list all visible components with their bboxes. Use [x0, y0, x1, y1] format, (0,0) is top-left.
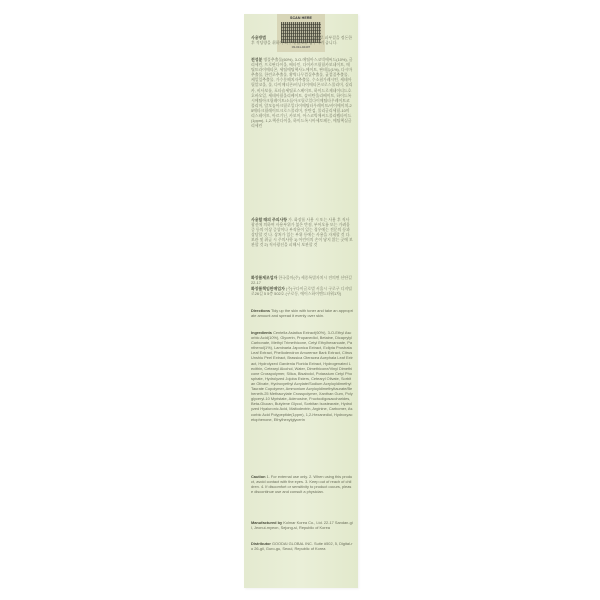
- manufacturer-section: Manufactured by Kolmar Korea Co., Ltd. 2…: [251, 520, 353, 530]
- directions-section: Directions Tidy up the skin with toner a…: [251, 308, 353, 318]
- qr-serial-number: 03-011-04407: [277, 45, 325, 49]
- usage-ko-text: 토너로 피부결을 정돈한 후 적당량을 취하여 피부에 골고루 흡수시켜 줍니다…: [251, 35, 352, 45]
- ingredients-text: Centella Asiatica Extract(60%), 3-O-Ethy…: [251, 330, 353, 422]
- caution-section: Caution 1. For external use only. 2. Whe…: [251, 474, 353, 494]
- usage-ko-section: 사용방법 토너로 피부결을 정돈한 후 적당량을 취하여 피부에 골고루 흡수시…: [251, 35, 353, 45]
- qr-code-panel: SCAN HERE 03-011-04407: [277, 14, 325, 52]
- caution-ko-text: 가. 화장품 사용 시 또는 사용 후 직사광선에 의하여 사용부위가 붉은 반…: [251, 217, 353, 247]
- manufacturer-ko-section: 화장품제조업자 한국콜마(주) 세종특별자치시 전의면 산단길 22-17: [251, 275, 353, 285]
- ingredients-ko-section: 전성분 병풀추출물(60%), 3-O-에틸아스코빅애씨드(10%), 글리세린…: [251, 57, 353, 128]
- ingredients-section: Ingredients Centella Asiatica Extract(60…: [251, 330, 353, 422]
- distributor-ko-section: 화장품책임판매업자 (주)구다이글로벌 서울시 구로구 디지털로26길 5 5층…: [251, 286, 353, 296]
- ingredients-ko-text: 병풀추출물(60%), 3-O-에틸아스코빅애씨드(10%), 글리세린, 프로…: [251, 57, 353, 128]
- distributor-section: Distributor GOODAI GLOBAL INC. Suite #50…: [251, 541, 353, 551]
- product-box-side-panel: SCAN HERE 03-011-04407 사용방법 토너로 피부결을 정돈한…: [244, 14, 358, 588]
- scan-here-label: SCAN HERE: [277, 16, 325, 20]
- caution-ko-section: 사용할 때의 주의사항 가. 화장품 사용 시 또는 사용 후 직사광선에 의하…: [251, 217, 353, 248]
- caution-text: 1. For external use only. 2. When using …: [251, 474, 352, 494]
